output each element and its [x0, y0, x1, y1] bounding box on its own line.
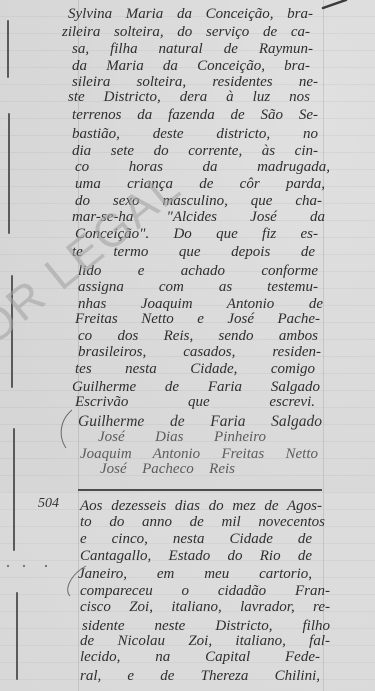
record-line: Escrivão que escrevi.	[75, 394, 315, 411]
signature-registrar: Guilherme de Faria Salgado	[78, 413, 322, 430]
record-line: te termo que depois de	[72, 244, 315, 261]
signature-flourish	[61, 410, 72, 448]
record-line: cisco Zoi, italiano, lavrador, re-	[80, 599, 330, 616]
left-pen-rule-segment	[16, 592, 18, 680]
pen-stroke-mark	[323, 0, 346, 8]
record-line: dia sete do corrente, às cin-	[72, 143, 318, 160]
record-line: to do anno de mil novecentos	[80, 514, 325, 531]
record-line: bastião, deste districto, no	[72, 126, 318, 143]
signature-witness: José Pacheco Reis	[100, 461, 235, 478]
entry-separator-rule	[78, 489, 322, 491]
record-line: Aos dezesseis dias do mez de Agos-	[80, 498, 322, 515]
record-line: do sexo masculino, que cha-	[75, 193, 322, 210]
ink-dot	[7, 565, 9, 567]
record-line: co dos Reis, sendo ambos	[78, 328, 318, 345]
record-line: co horas da madrugada,	[75, 159, 330, 176]
record-line: terrenos da fazenda de São Se-	[72, 107, 318, 124]
record-line: e cinco, nesta Cidade de	[80, 531, 312, 548]
left-pen-rule-segment	[11, 275, 13, 388]
record-line: Janeiro, em meu cartorio,	[78, 566, 312, 583]
record-line: zileira solteira, do serviço de ca-	[62, 24, 310, 41]
record-number: 504	[38, 495, 59, 512]
record-line: ral, e de Thereza Chilini,	[80, 668, 320, 685]
left-pen-rule-segment	[8, 113, 10, 234]
registry-page: Sylvina Maria da Conceição, bra- zileira…	[0, 0, 375, 691]
record-line: ste Districto, dera à luz nos	[68, 89, 310, 106]
record-line: assigna com as testemu-	[78, 279, 318, 296]
record-line: compareceu o cidadão Fran-	[80, 583, 330, 600]
left-pen-rule-segment	[7, 20, 9, 78]
record-line: uma criança de côr parda,	[75, 176, 325, 193]
record-line: Freitas Netto e José Pache-	[75, 311, 320, 328]
record-line: tes nesta Cidade, comigo	[75, 361, 315, 378]
record-line: Sylvina Maria da Conceição, bra-	[68, 6, 313, 23]
ink-dot	[45, 565, 47, 567]
record-line: da Maria da Conceição, bra-	[72, 58, 310, 75]
record-line: mar-se-ha "Alcides José da	[72, 209, 325, 226]
record-line: brasileiros, casados, residen-	[78, 344, 321, 361]
signature-declarant: José Dias Pinheiro	[98, 429, 266, 446]
record-line: de Nicolau Zoi, italiano, fal-	[80, 633, 330, 650]
record-line: Cantagallo, Estado do Rio de	[80, 548, 312, 565]
record-line: sa, filha natural de Raymun-	[72, 41, 313, 58]
record-line: Conceição". Do que fiz es-	[75, 226, 318, 243]
record-line: lecido, na Capital Fede-	[80, 649, 320, 666]
ink-dot	[23, 565, 25, 567]
left-pen-rule-segment	[13, 428, 15, 551]
record-line: lido e achado conforme	[78, 263, 318, 280]
